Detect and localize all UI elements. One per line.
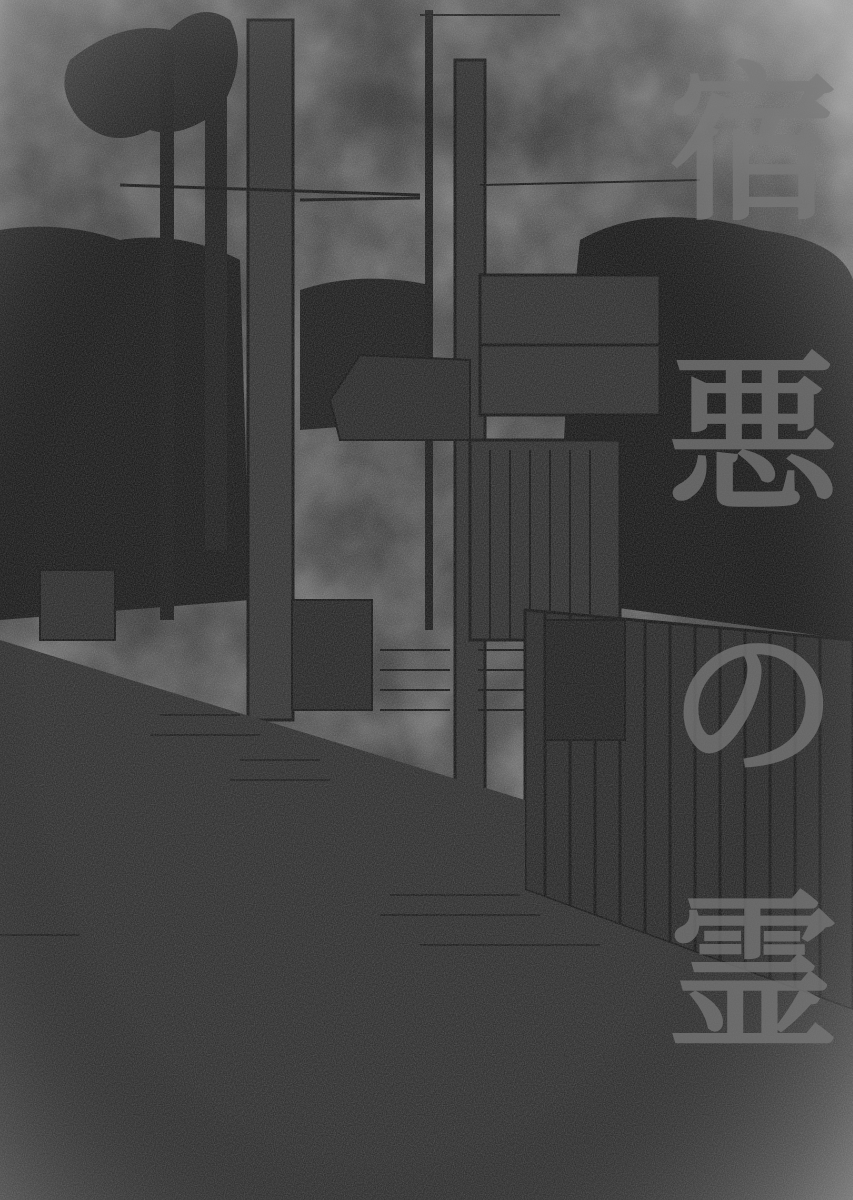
vertical-title: 宿 悪 の 霊 [663,40,843,1190]
title-char-4: 霊 [663,890,843,1060]
cover-illustration: 宿 悪 の 霊 [0,0,853,1200]
title-char-2: 悪 [663,350,843,520]
title-char-3: の [663,620,843,790]
title-char-1: 宿 [663,60,843,230]
